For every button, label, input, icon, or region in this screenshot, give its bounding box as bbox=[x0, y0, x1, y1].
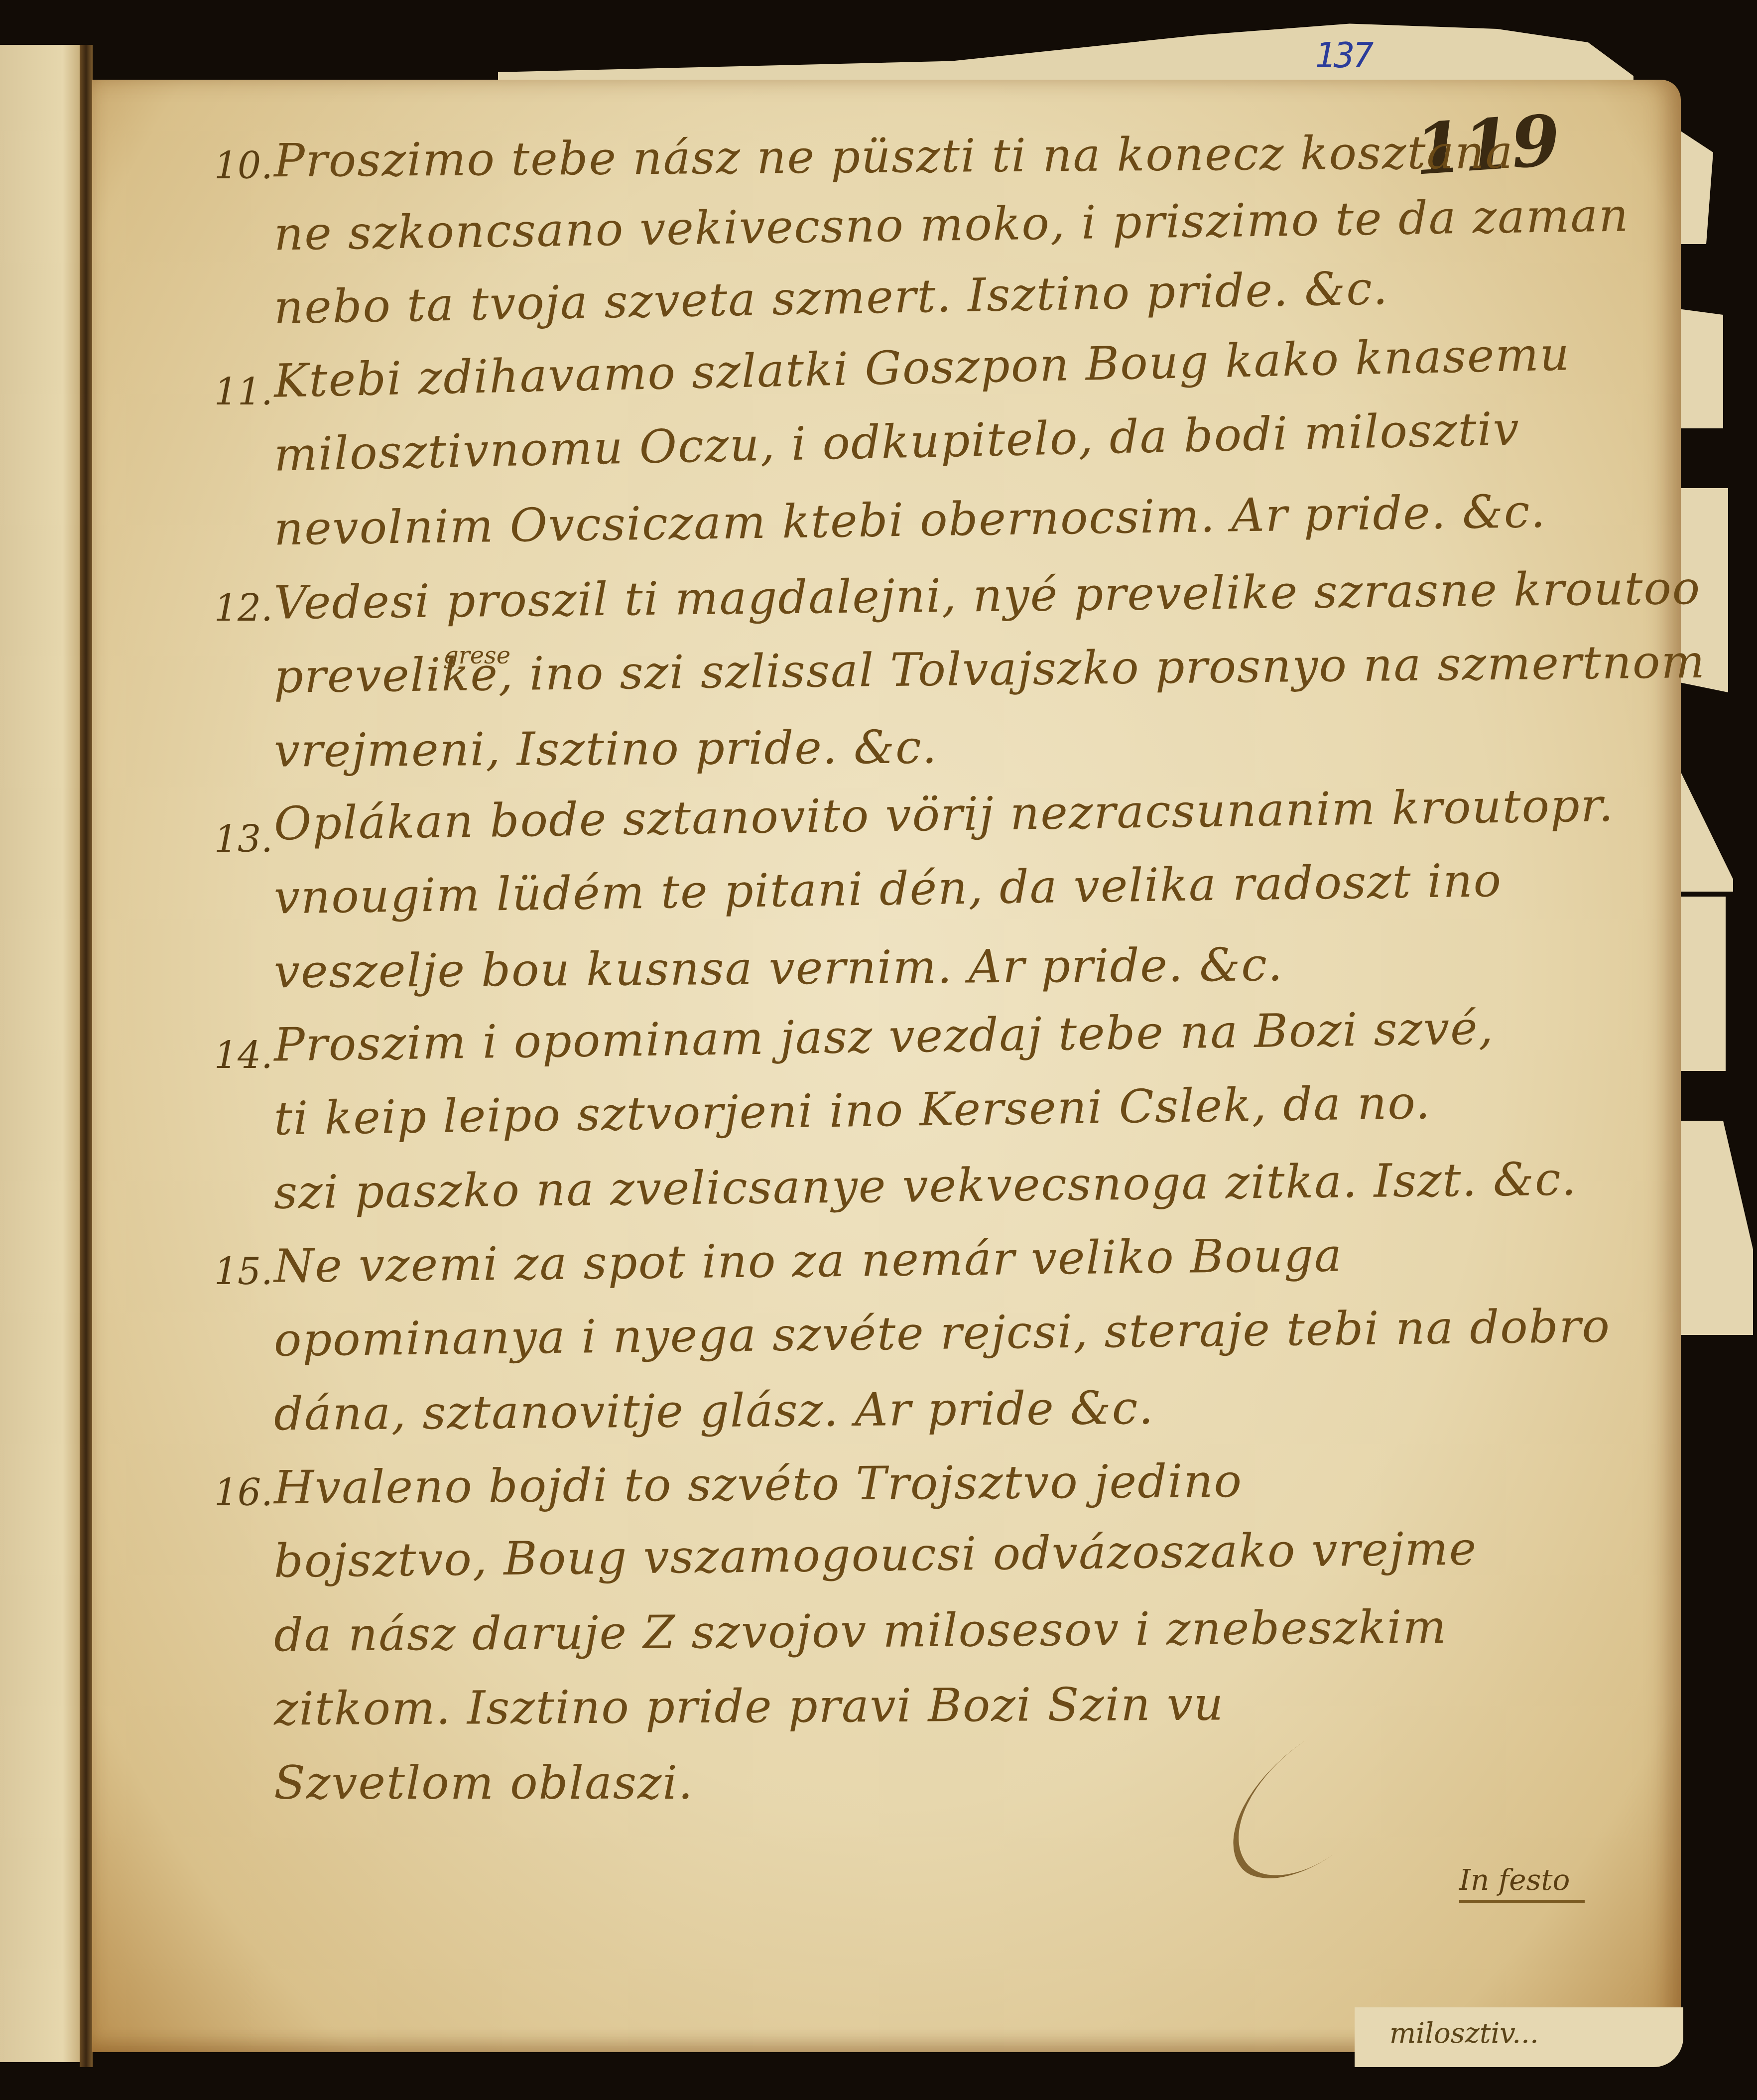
verse-line: prevelike, ino szi szlissal Tolvajszko p… bbox=[219, 626, 1663, 714]
torn-edge-fragment bbox=[1678, 1121, 1753, 1335]
torn-edge-fragment bbox=[1678, 767, 1733, 892]
verse-16: 16. Hvaleno bojdi to szvéto Trojsztvo je… bbox=[219, 1451, 1663, 1820]
verse-line: Szvetlom oblaszi. bbox=[219, 1746, 1663, 1820]
verse-15: 15. Ne vzemi za spot ino za nemár veliko… bbox=[219, 1230, 1663, 1451]
verse-11: 11. Ktebi zdihavamo szlatki Goszpon Boug… bbox=[219, 346, 1663, 567]
signature-note: In festo bbox=[1459, 1863, 1585, 1903]
left-page-blank bbox=[0, 45, 90, 2062]
verse-line: zitkom. Isztino pride pravi Bozi Szin vu bbox=[219, 1665, 1664, 1746]
verse-line: dána, sztanovitje glász. Ar pride &c. bbox=[219, 1368, 1663, 1451]
torn-edge-fragment bbox=[1678, 309, 1723, 428]
verse-line: da nász daruje Z szvojov milosesov i zne… bbox=[219, 1589, 1663, 1673]
verse-14: 14. Proszim i opominam jasz vezdaj tebe … bbox=[219, 1009, 1663, 1230]
verse-12: 12. grese Vedesi proszil ti magdalejni, … bbox=[219, 567, 1663, 788]
folio-stamp-number: 137 bbox=[1315, 35, 1372, 76]
manuscript-text: 10. Proszimo tebe nász ne püszti ti na k… bbox=[219, 125, 1663, 1820]
verse-10: 10. Proszimo tebe nász ne püszti ti na k… bbox=[219, 125, 1663, 346]
verse-line: bojsztvo, Boug vszamogoucsi odvázoszako … bbox=[219, 1510, 1663, 1599]
catchword: milosztiv... bbox=[1389, 2017, 1539, 2050]
torn-edge-fragment bbox=[1678, 130, 1713, 244]
verse-13: 13. Oplákan bode sztanovito vörij nezrac… bbox=[219, 788, 1663, 1009]
torn-edge-fragment bbox=[1678, 897, 1726, 1071]
book-gutter bbox=[80, 45, 93, 2067]
verse-line: opominanya i nyega szvéte rejcsi, steraj… bbox=[219, 1289, 1663, 1378]
